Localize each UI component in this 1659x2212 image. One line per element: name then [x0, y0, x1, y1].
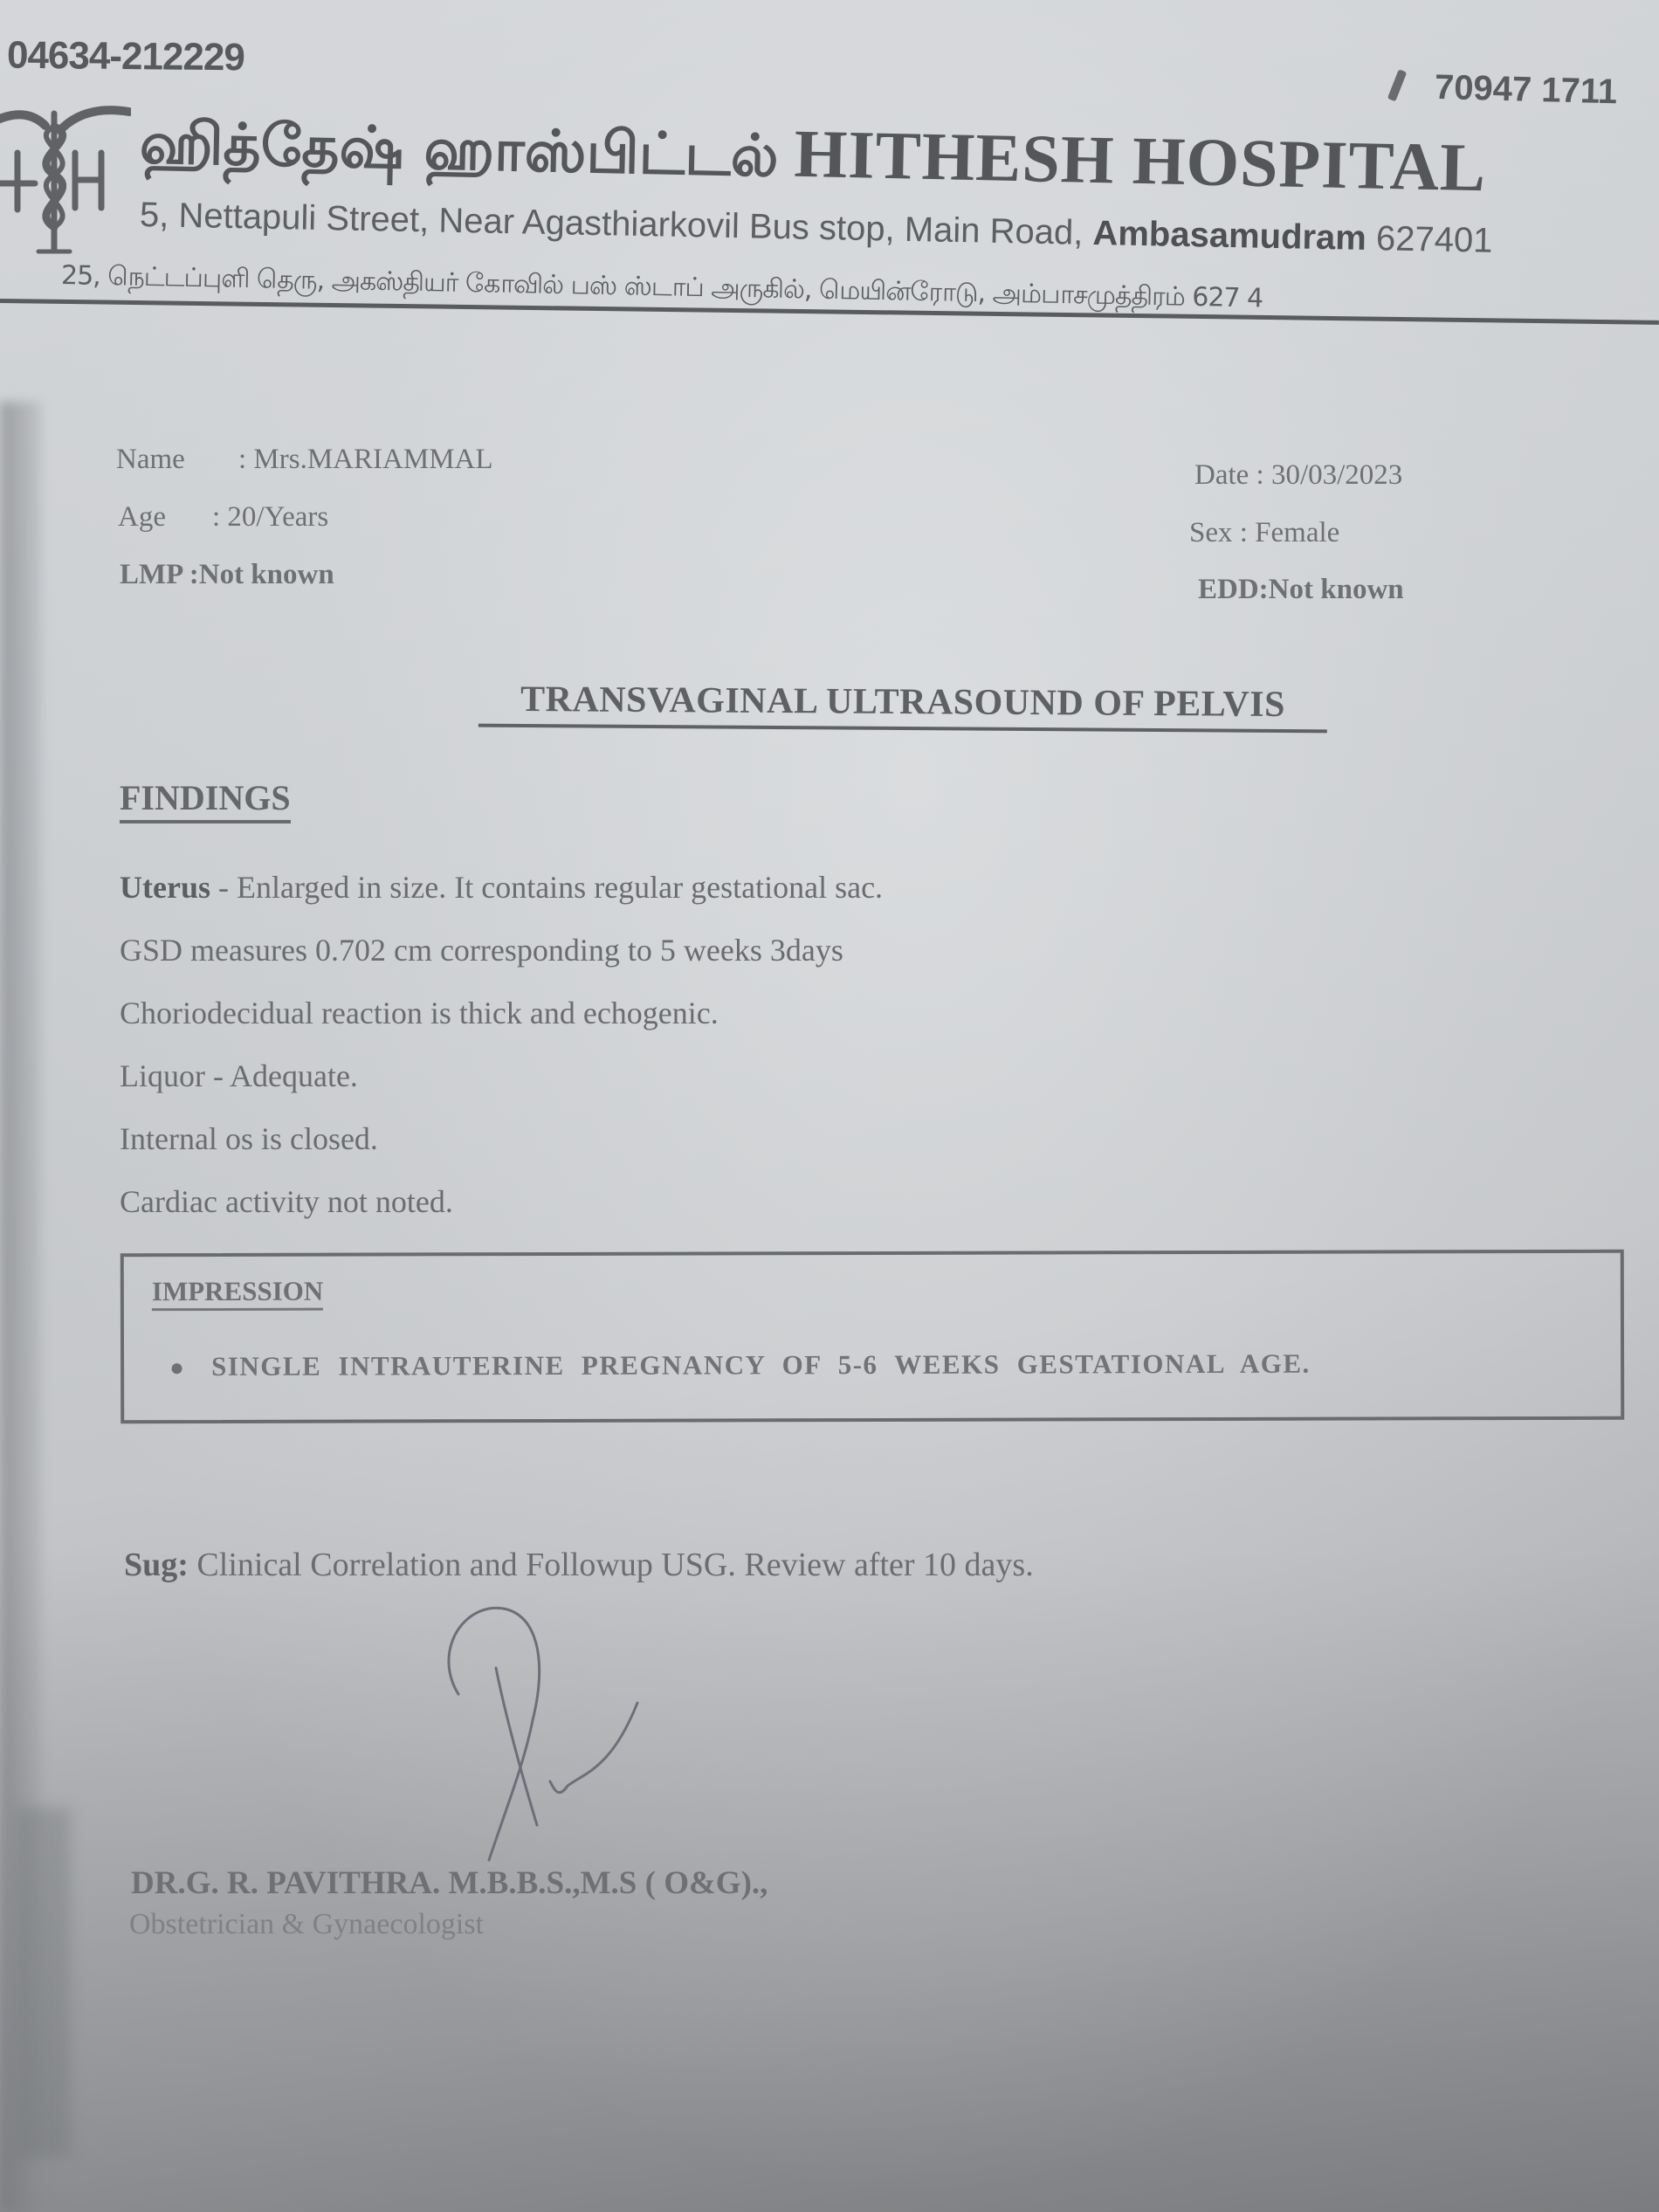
finding-item: Cardiac activity not noted.	[120, 1179, 883, 1242]
mobile-number-block: 70947 1711	[1392, 67, 1617, 113]
finding-item: Liquor - Adequate.	[120, 1053, 883, 1116]
page-edge-shadow	[17, 1808, 70, 2157]
mobile-phone-icon	[1387, 69, 1407, 101]
report-page: 04634-212229 70947 1711 ஹித்தேஷ் ஹாஸ்பிட…	[0, 0, 1659, 2212]
suggestion: Sug: Clinical Correlation and Followup U…	[124, 1546, 1034, 1584]
impression-heading: IMPRESSION	[152, 1276, 323, 1312]
finding-item: Internal os is closed.	[120, 1116, 883, 1179]
bullet-icon: ●	[169, 1354, 186, 1382]
impression-item: ● SINGLE INTRAUTERINE PREGNANCY OF 5-6 W…	[211, 1348, 1311, 1382]
patient-age: Age: 20/Years	[118, 501, 328, 534]
findings-heading: FINDINGS	[120, 777, 291, 823]
report-title: TRANSVAGINAL ULTRASOUND OF PELVIS	[478, 679, 1327, 734]
hospital-name-tamil: ஹித்தேஷ் ஹாஸ்பிட்டல்	[139, 109, 779, 190]
doctor-name: DR.G. R. PAVITHRA. M.B.B.S.,M.S ( O&G).,	[131, 1864, 768, 1902]
report-date: Date : 30/03/2023	[1194, 459, 1402, 492]
finding-item: Choriodecidual reaction is thick and ech…	[120, 990, 883, 1053]
finding-item: GSD measures 0.702 cm corresponding to 5…	[120, 927, 883, 990]
caduceus-logo-icon	[0, 96, 131, 262]
mobile-number: 70947 1711	[1434, 68, 1617, 111]
finding-item: Uterus - Enlarged in size. It contains r…	[120, 865, 883, 927]
doctor-designation: Obstetrician & Gynaecologist	[129, 1908, 484, 1941]
patient-edd: EDD:Not known	[1198, 574, 1404, 606]
impression-box: IMPRESSION ● SINGLE INTRAUTERINE PREGNAN…	[120, 1250, 1625, 1424]
patient-lmp: LMP :Not known	[120, 559, 334, 591]
findings-list: Uterus - Enlarged in size. It contains r…	[120, 865, 883, 1242]
patient-name: Name: Mrs.MARIAMMAL	[116, 444, 493, 476]
patient-sex: Sex : Female	[1189, 517, 1339, 549]
hospital-name-english: HITHESH HOSPITAL	[794, 115, 1487, 206]
landline-number: 04634-212229	[7, 34, 244, 80]
signature-mark	[437, 1598, 664, 1878]
hospital-name: ஹித்தேஷ் ஹாஸ்பிட்டல்HITHESH HOSPITAL	[139, 100, 1487, 212]
